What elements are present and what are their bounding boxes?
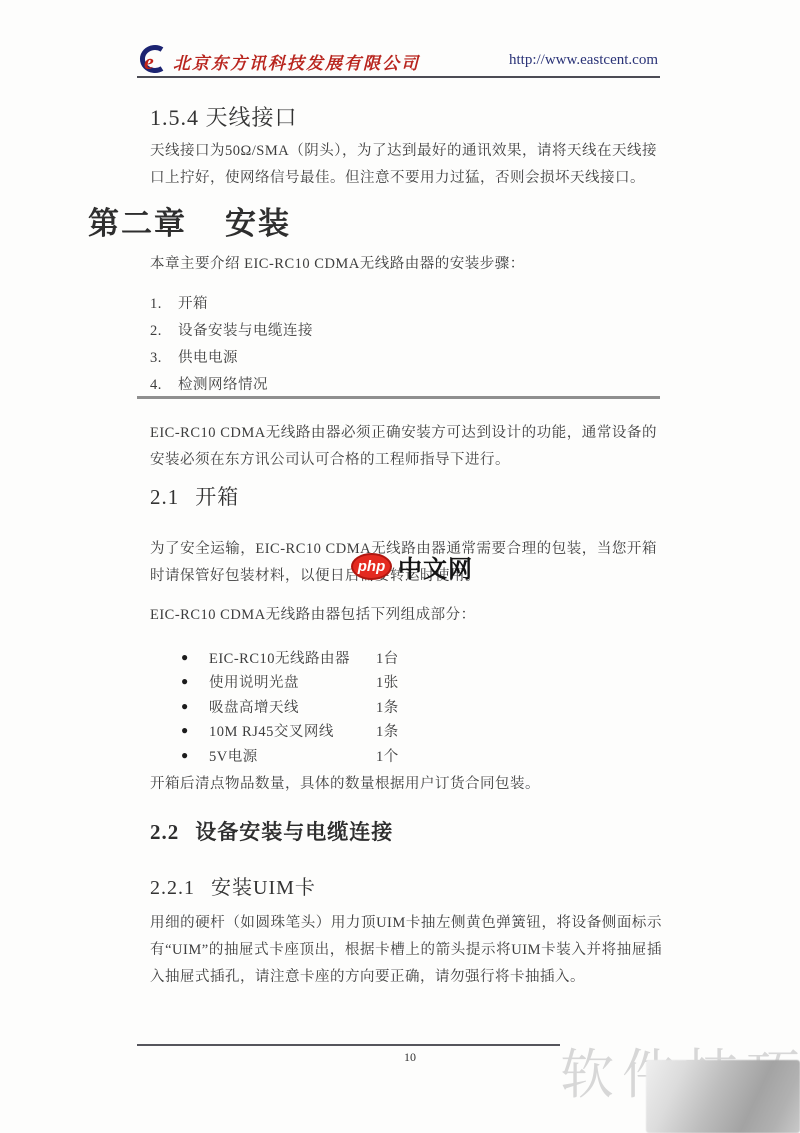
step-number: 1. <box>150 291 178 318</box>
bullet-icon: ● <box>181 748 209 763</box>
item-quantity: 1台 <box>376 647 436 668</box>
section-number: 2.2 <box>150 820 179 844</box>
document-page: e 北京东方讯科技发展有限公司 http://www.eastcent.com … <box>0 0 800 1133</box>
bullet-icon: ● <box>181 723 209 738</box>
header-divider <box>137 76 660 78</box>
section-number: 2.2.1 <box>150 877 195 899</box>
php-cn-watermark: php 中文网 <box>351 549 473 584</box>
step-number: 2. <box>150 318 178 345</box>
item-name: EIC-RC10无线路由器 <box>209 647 376 668</box>
chapter-number: 第二章 <box>88 206 187 241</box>
item-quantity: 1条 <box>376 696 436 717</box>
paragraph-chapter-intro: 本章主要介绍 EIC-RC10 CDMA无线路由器的安装步骤： <box>150 251 657 278</box>
paragraph-antenna: 天线接口为50Ω/SMA（阴头），为了达到最好的通讯效果，请将天线在天线接口上拧… <box>150 138 657 192</box>
section-title-2-2-1: 2.2.1安装UIM卡 <box>150 871 316 900</box>
step-number: 4. <box>150 372 178 399</box>
svg-text:e: e <box>144 49 154 74</box>
item-quantity: 1条 <box>376 720 436 741</box>
section-divider <box>137 396 660 399</box>
list-item: ● 吸盘高增天线 1条 <box>181 694 501 719</box>
list-item: ● 10M RJ45交叉网线 1条 <box>181 719 501 744</box>
list-item: 2. 设备安装与电缆连接 <box>150 318 570 345</box>
bullet-icon: ● <box>181 650 209 665</box>
paragraph-components-intro: EIC-RC10 CDMA无线路由器包括下列组成部分： <box>150 602 657 629</box>
list-item: 3. 供电电源 <box>150 345 570 372</box>
list-item: ● EIC-RC10无线路由器 1台 <box>181 645 501 670</box>
item-quantity: 1个 <box>376 745 436 766</box>
list-item: 1. 开箱 <box>150 291 570 318</box>
section-title-2-2: 2.2设备安装与电缆连接 <box>150 816 393 846</box>
bullet-icon: ● <box>181 699 209 714</box>
item-name: 10M RJ45交叉网线 <box>209 720 376 741</box>
item-name: 使用说明光盘 <box>209 671 376 692</box>
list-item: ● 5V电源 1个 <box>181 743 501 768</box>
footer-divider <box>137 1044 560 1046</box>
php-logo-icon: php <box>351 553 392 580</box>
bullet-icon: ● <box>181 674 209 689</box>
company-name: 北京东方讯科技发展有限公司 <box>173 49 420 74</box>
section-title-text: 开箱 <box>195 485 239 509</box>
php-watermark-text: 中文网 <box>398 549 473 584</box>
paragraph-uim-install: 用细的硬杆（如圆珠笔头）用力顶UIM卡抽左侧黄色弹簧钮，将设备侧面标示有“UIM… <box>150 910 662 991</box>
section-number: 2.1 <box>150 485 179 509</box>
section-title-2-1: 2.1开箱 <box>150 481 239 511</box>
step-label: 开箱 <box>178 291 208 318</box>
section-title-text: 安装UIM卡 <box>211 877 316 899</box>
website-link[interactable]: http://www.eastcent.com <box>500 52 658 69</box>
item-quantity: 1张 <box>376 671 436 692</box>
install-steps-list: 1. 开箱 2. 设备安装与电缆连接 3. 供电电源 4. 检测网络情况 <box>150 291 570 399</box>
step-label: 设备安装与电缆连接 <box>178 318 313 345</box>
list-item: ● 使用说明光盘 1张 <box>181 670 501 695</box>
item-name: 吸盘高增天线 <box>209 696 376 717</box>
step-number: 3. <box>150 345 178 372</box>
list-item: 4. 检测网络情况 <box>150 372 570 399</box>
packing-list: ● EIC-RC10无线路由器 1台 ● 使用说明光盘 1张 ● 吸盘高增天线 … <box>181 645 501 768</box>
paragraph-count-note: 开箱后清点物品数量，具体的数量根据用户订货合同包装。 <box>150 771 657 798</box>
chapter-title-text: 安装 <box>225 206 291 241</box>
eastcent-logo-icon: e <box>135 44 169 79</box>
step-label: 供电电源 <box>178 345 238 372</box>
chapter-title: 第二章安装 <box>88 198 291 243</box>
section-title-text: 设备安装与电缆连接 <box>195 820 393 844</box>
section-title-1-5-4: 1.5.4 天线接口 <box>150 101 298 132</box>
scan-artifact <box>646 1060 800 1133</box>
paragraph-install-note: EIC-RC10 CDMA无线路由器必须正确安装方可达到设计的功能，通常设备的安… <box>150 420 657 474</box>
step-label: 检测网络情况 <box>178 372 268 399</box>
item-name: 5V电源 <box>209 745 376 766</box>
